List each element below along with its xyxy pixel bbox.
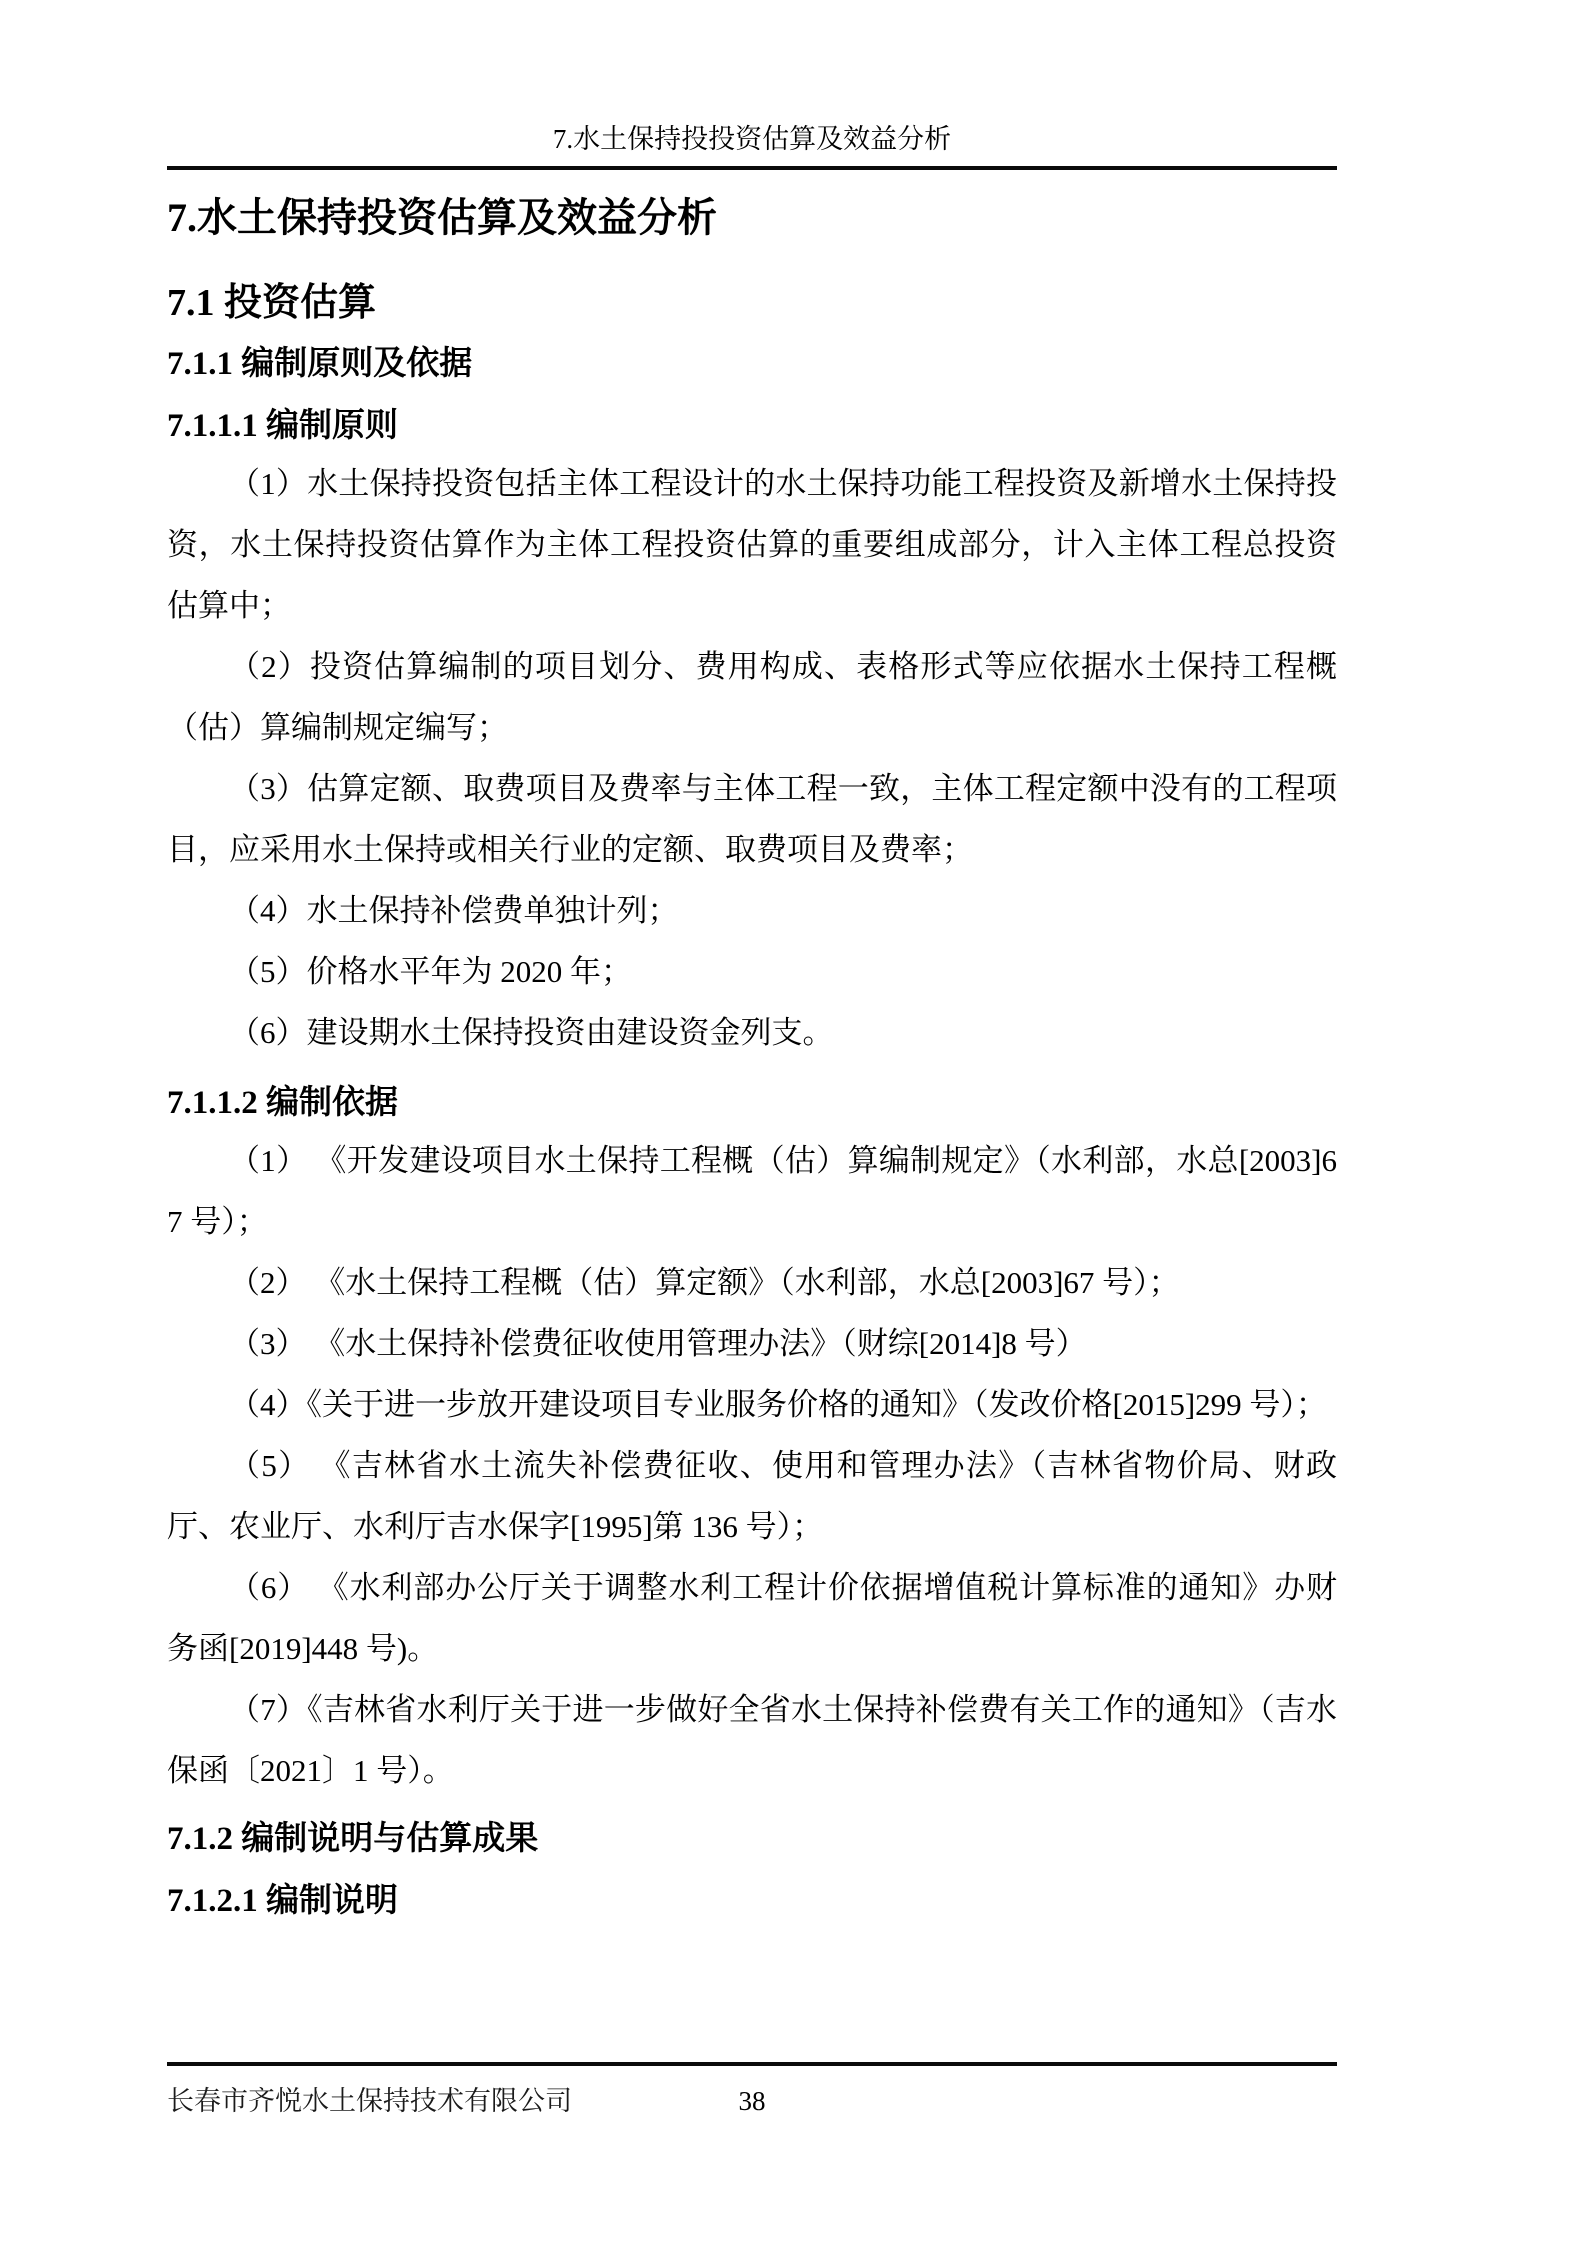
page-footer: 长春市齐悦水土保持技术有限公司 38 xyxy=(167,2062,1337,2118)
principles-paragraphs: （1）水土保持投资包括主体工程设计的水土保持功能工程投资及新增水土保持投资，水土… xyxy=(167,453,1337,1063)
principle-item-6: （6）建设期水土保持投资由建设资金列支。 xyxy=(167,1002,1337,1063)
subsection-title-principles-and-basis: 7.1.1 编制原则及依据 xyxy=(167,342,1337,386)
subsection-title-notes-and-results: 7.1.2 编制说明与估算成果 xyxy=(167,1817,1337,1861)
principle-item-3: （3）估算定额、取费项目及费率与主体工程一致，主体工程定额中没有的工程项目，应采… xyxy=(167,758,1337,880)
page-footer-row: 长春市齐悦水土保持技术有限公司 38 xyxy=(167,2084,1337,2118)
document-page: 7.水土保持投投资估算及效益分析 7.水土保持投资估算及效益分析 7.1 投资估… xyxy=(0,0,1587,2245)
chapter-title: 7.水土保持投资估算及效益分析 xyxy=(167,192,1337,244)
principle-item-2: （2）投资估算编制的项目划分、费用构成、表格形式等应依据水土保持工程概（估）算编… xyxy=(167,636,1337,758)
subsubsection-title-principles: 7.1.1.1 编制原则 xyxy=(167,404,1337,448)
basis-paragraphs: （1） 《开发建设项目水土保持工程概（估）算编制规定》（水利部，水总[2003]… xyxy=(167,1130,1337,1801)
footer-company-name: 长春市齐悦水土保持技术有限公司 xyxy=(167,2084,572,2118)
basis-item-4: （4）《关于进一步放开建设项目专业服务价格的通知》（发改价格[2015]299 … xyxy=(167,1374,1337,1435)
basis-item-6: （6） 《水利部办公厅关于调整水利工程计价依据增值税计算标准的通知》办财务函[2… xyxy=(167,1557,1337,1679)
basis-item-7: （7）《吉林省水利厅关于进一步做好全省水土保持补偿费有关工作的通知》（吉水保函〔… xyxy=(167,1679,1337,1801)
principle-item-4: （4）水土保持补偿费单独计列； xyxy=(167,880,1337,941)
basis-item-5: （5） 《吉林省水土流失补偿费征收、使用和管理办法》（吉林省物价局、财政厅、农业… xyxy=(167,1435,1337,1557)
section-title-investment-estimate: 7.1 投资估算 xyxy=(167,278,1337,328)
basis-item-2: （2） 《水土保持工程概（估）算定额》（水利部，水总[2003]67 号）； xyxy=(167,1252,1337,1313)
subsubsection-title-notes: 7.1.2.1 编制说明 xyxy=(167,1879,1337,1923)
page-header-title: 7.水土保持投投资估算及效益分析 xyxy=(167,122,1337,170)
basis-item-1: （1） 《开发建设项目水土保持工程概（估）算编制规定》（水利部，水总[2003]… xyxy=(167,1130,1337,1252)
principle-item-1: （1）水土保持投资包括主体工程设计的水土保持功能工程投资及新增水土保持投资，水土… xyxy=(167,453,1337,636)
subsubsection-title-basis: 7.1.1.2 编制依据 xyxy=(167,1081,1337,1125)
principle-item-5: （5）价格水平年为 2020 年； xyxy=(167,941,1337,1002)
basis-item-3: （3） 《水土保持补偿费征收使用管理办法》（财综[2014]8 号） xyxy=(167,1313,1337,1374)
